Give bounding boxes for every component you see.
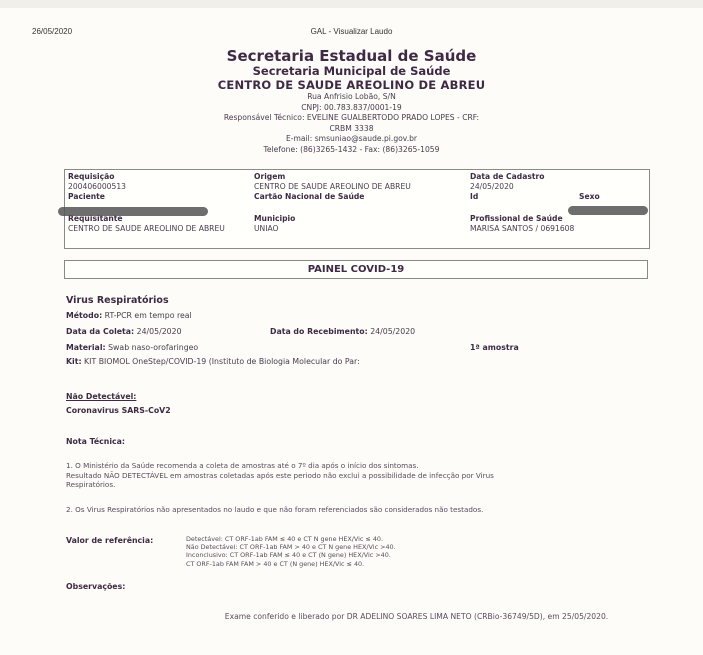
result-label: Não Detectável: — [66, 391, 136, 402]
requisicao-label: Requisição — [68, 172, 114, 182]
print-title: GAL - Visualizar Laudo — [0, 27, 703, 36]
result-value-text: Coronavirus SARS-CoV2 — [66, 406, 171, 415]
referencia-label: Valor de referência: — [66, 535, 153, 546]
recebimento-label: Data do Recebimento: — [270, 327, 368, 336]
referencia-nao-detectavel: Não Detectável: CT ORF-1ab FAM > 40 e CT… — [186, 543, 396, 551]
material-row: Material: Swab naso-orofaringeo — [66, 342, 198, 353]
municipio-label: Municipio — [254, 214, 295, 224]
email: E-mail: smsuniao@saude.pi.gov.br — [0, 134, 703, 145]
health-center-name: CENTRO DE SAUDE AREOLINO DE ABREU — [0, 78, 703, 92]
recebimento-value: 24/05/2020 — [370, 327, 415, 336]
metodo-value: RT-PCR em tempo real — [105, 311, 192, 320]
release-statement: Exame conferido e liberado por DR ADELIN… — [0, 612, 703, 621]
nota-item-2: 2. Os Virus Respiratórios não apresentad… — [66, 505, 483, 515]
recebimento-row: Data do Recebimento: 24/05/2020 — [270, 326, 415, 337]
observacoes-label: Observações: — [66, 581, 125, 592]
nota-item-1-line-1: 1. O Ministério da Saúde recomenda a col… — [66, 461, 494, 471]
profissional-value: MARISA SANTOS / 0691608 — [470, 224, 574, 234]
result-label-text: Não Detectável: — [66, 392, 136, 401]
address: Rua Anfrisio Lobão, S/N — [0, 92, 703, 103]
section-title: Virus Respiratórios — [66, 295, 169, 306]
coleta-row: Data da Coleta: 24/05/2020 — [66, 326, 182, 337]
requisitante-value: CENTRO DE SAUDE AREOLINO DE ABREU — [68, 224, 225, 234]
redaction-mark-patient — [58, 207, 208, 216]
observacoes-label-text: Observações: — [66, 582, 125, 591]
cartao-sus-label: Cartão Nacional de Saúde — [254, 192, 364, 202]
crbm: CRBM 3338 — [0, 124, 703, 135]
requisicao-value: 200406000513 — [68, 182, 126, 192]
data-cadastro-label: Data de Cadastro — [470, 172, 544, 182]
redaction-mark-sex — [568, 206, 648, 215]
institution-header: Secretaria Estadual de Saúde Secretaria … — [0, 48, 703, 155]
sexo-label: Sexo — [579, 192, 600, 202]
referencia-line-4: CT ORF-1ab FAM FAM > 40 e CT (N gene) HE… — [186, 560, 396, 568]
metodo-row: Método: RT-PCR em tempo real — [66, 310, 192, 321]
nota-item-1-line-2: Resultado NÃO DETECTÁVEL em amostras col… — [66, 471, 494, 481]
coleta-value: 24/05/2020 — [137, 327, 182, 336]
municipio-value: UNIAO — [254, 224, 279, 234]
origem-label: Origem — [254, 172, 285, 182]
material-value: Swab naso-orofaringeo — [108, 343, 198, 352]
data-cadastro-value: 24/05/2020 — [470, 182, 514, 192]
section-title-text: Virus Respiratórios — [66, 295, 169, 306]
kit-row: Kit: KIT BIOMOL OneStep/COVID-19 (Instit… — [66, 356, 360, 367]
referencia-inconclusivo: Inconclusivo: CT ORF-1ab FAM ≤ 40 e CT (… — [186, 551, 396, 559]
top-strip — [0, 0, 703, 8]
municipal-secretariat: Secretaria Municipal de Saúde — [0, 65, 703, 78]
referencia-label-text: Valor de referência: — [66, 536, 153, 545]
metodo-label: Método: — [66, 311, 102, 320]
profissional-label: Profissional de Saúde — [470, 214, 563, 224]
nota-title: Nota Técnica: — [66, 436, 125, 447]
idade-label: Id — [470, 192, 478, 202]
referencia-values: Detectável: CT ORF-1ab FAM ≤ 40 e CT N g… — [186, 535, 396, 568]
panel-title: PAINEL COVID-19 — [64, 260, 648, 279]
referencia-detectavel: Detectável: CT ORF-1ab FAM ≤ 40 e CT N g… — [186, 535, 396, 543]
state-secretariat: Secretaria Estadual de Saúde — [0, 48, 703, 65]
nota-title-text: Nota Técnica: — [66, 437, 125, 446]
amostra-text: 1ª amostra — [470, 343, 519, 352]
paciente-label: Paciente — [68, 192, 105, 202]
technical-responsible: Responsável Técnico: EVELINE GUALBERTODO… — [0, 113, 703, 124]
nota-item-1-line-3: Respiratórios. — [66, 480, 494, 490]
coleta-label: Data da Coleta: — [66, 327, 134, 336]
result-value: Coronavirus SARS-CoV2 — [66, 405, 171, 416]
material-label: Material: — [66, 343, 106, 352]
origem-value: CENTRO DE SAUDE AREOLINO DE ABREU — [254, 182, 411, 192]
kit-value: KIT BIOMOL OneStep/COVID-19 (Instituto d… — [84, 357, 360, 366]
kit-label: Kit: — [66, 357, 82, 366]
amostra: 1ª amostra — [470, 342, 519, 353]
telephone: Telefone: (86)3265-1432 - Fax: (86)3265-… — [0, 145, 703, 156]
cnpj: CNPJ: 00.783.837/0001-19 — [0, 103, 703, 114]
nota-item-1: 1. O Ministério da Saúde recomenda a col… — [66, 461, 494, 490]
